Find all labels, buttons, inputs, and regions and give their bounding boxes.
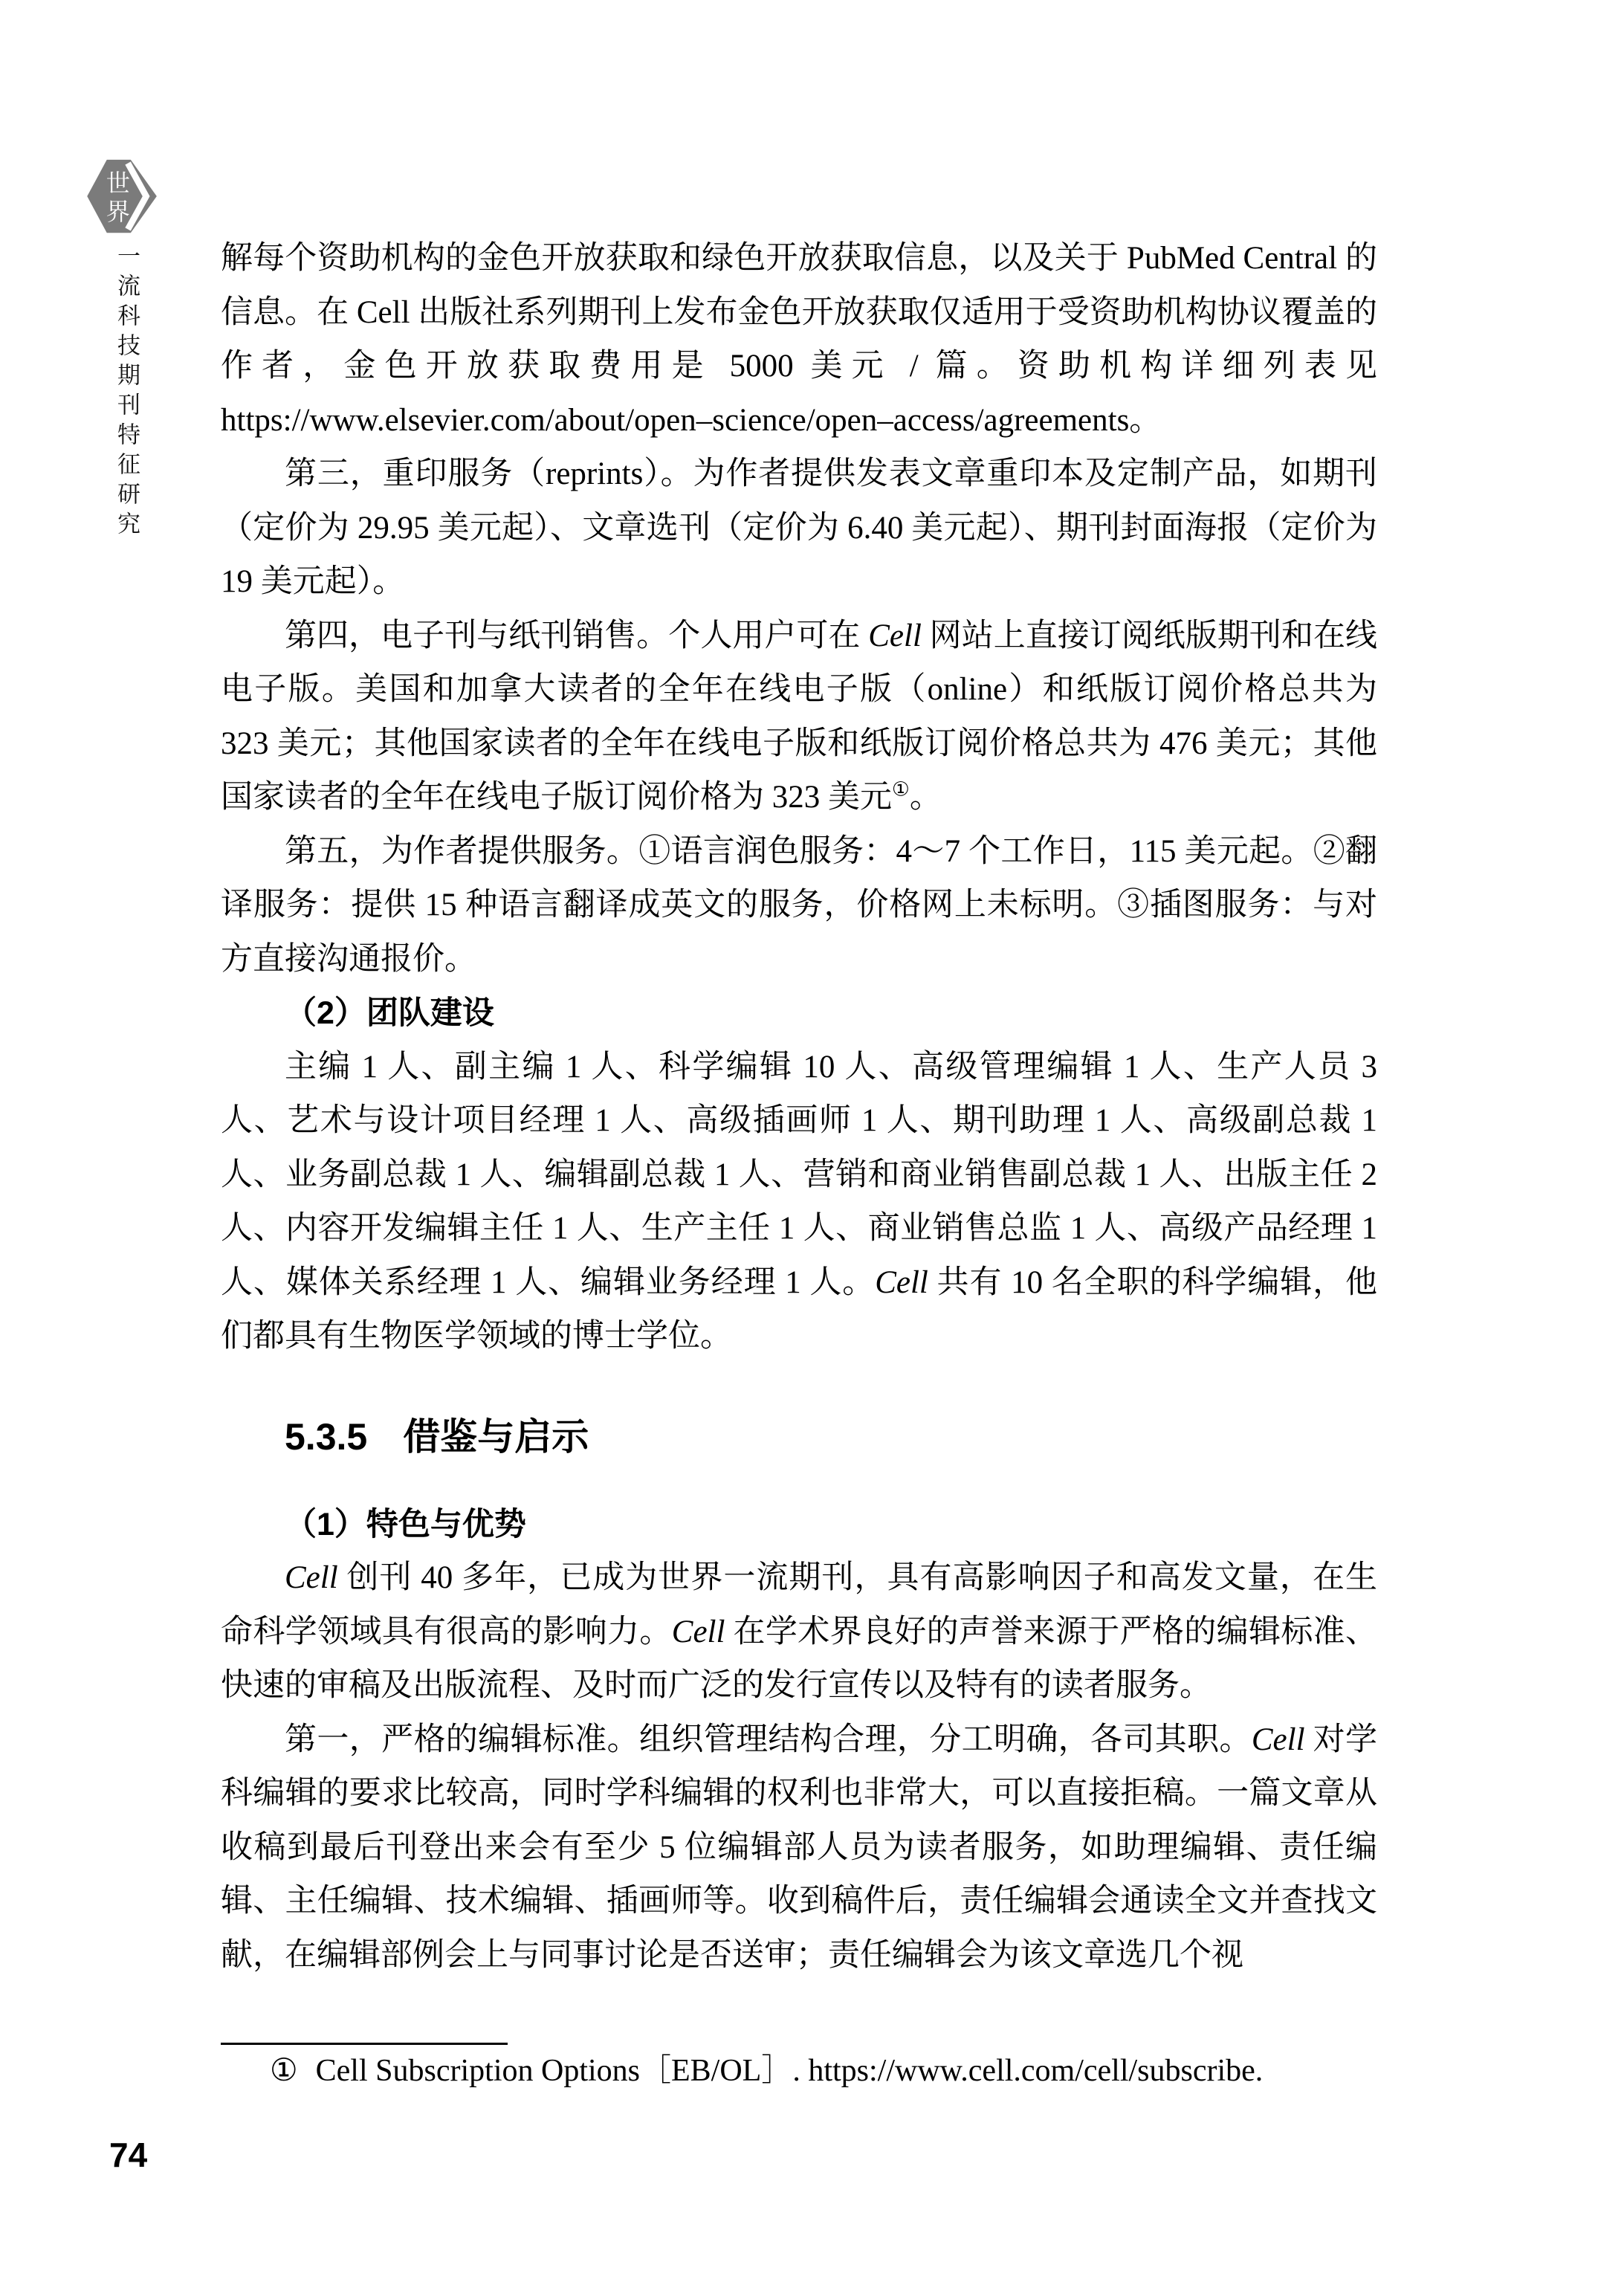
badge-char-1: 世 <box>106 169 130 196</box>
badge-char-2: 界 <box>106 198 130 225</box>
paragraph-editorial-standards: 第一，严格的编辑标准。组织管理结构合理，分工明确，各司其职。Cell 对学科编辑… <box>221 1713 1377 1983</box>
section-heading: 5.3.5借鉴与启示 <box>285 1413 1377 1461</box>
paragraph-reprints: 第三，重印服务（reprints）。为作者提供发表文章重印本及定制产品，如期刊（… <box>221 447 1377 610</box>
page-number: 74 <box>109 2135 147 2175</box>
world-badge-icon: 世 界 <box>84 158 161 236</box>
paragraph-author-services: 第五，为作者提供服务。①语言润色服务：4～7 个工作日，115 美元起。②翻译服… <box>221 825 1377 987</box>
section-title: 借鉴与启示 <box>403 1416 589 1458</box>
page-content: 解每个资助机构的金色开放获取和绿色开放获取信息，以及关于 PubMed Cent… <box>221 232 1377 1982</box>
paragraph-continuation: 解每个资助机构的金色开放获取和绿色开放获取信息，以及关于 PubMed Cent… <box>221 232 1377 447</box>
paragraph-features: Cell 创刊 40 多年，已成为世界一流期刊，具有高影响因子和高发文量，在生命… <box>221 1551 1377 1713</box>
section-number: 5.3.5 <box>285 1416 367 1458</box>
subhead-features: （1）特色与优势 <box>221 1498 1377 1552</box>
book-page: 世 界 一流科技期刊特征研究 解每个资助机构的金色开放获取和绿色开放获取信息，以… <box>0 0 1624 2282</box>
paragraph-subscription: 第四，电子刊与纸刊销售。个人用户可在 Cell 网站上直接订阅纸版期刊和在线电子… <box>221 610 1377 825</box>
footnote: ①Cell Subscription Options［EB/OL］. https… <box>221 2049 1377 2093</box>
subhead-team-building: （2）团队建设 <box>221 986 1377 1041</box>
footnote-rule <box>221 2043 508 2045</box>
sidebar-vertical-title: 一流科技期刊特征研究 <box>110 244 143 541</box>
paragraph-team: 主编 1 人、副主编 1 人、科学编辑 10 人、高级管理编辑 1 人、生产人员… <box>221 1041 1377 1364</box>
